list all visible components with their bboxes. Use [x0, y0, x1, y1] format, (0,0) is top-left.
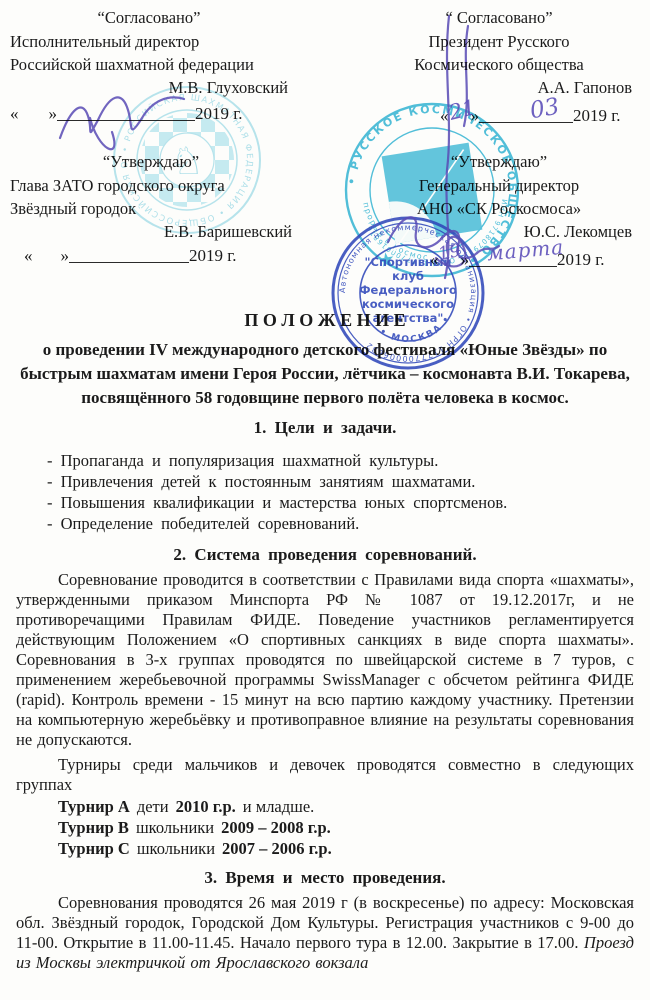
star-icon: ★ — [376, 248, 396, 272]
signatory-name: Е.В. Баришевский — [10, 220, 292, 243]
handwritten-month: 03 — [528, 94, 561, 125]
approval-block-agreed-left: “Согласовано” Исполнительный директор Ро… — [10, 6, 288, 99]
date-blank — [57, 105, 195, 121]
approval-quote: “ Согласовано” — [366, 6, 632, 29]
rules-paragraph: Соревнование проводится в соответствии с… — [16, 570, 634, 750]
tournament-row: Турнир Вшкольники2009 – 2008 г.р. — [58, 817, 634, 838]
venue-paragraph: Соревнования проводятся 26 мая 2019 г (в… — [16, 893, 634, 973]
section-3-heading: 3. Время и место проведения. — [16, 868, 634, 888]
goal-item: - Повышения квалификации и мастерства юн… — [47, 492, 634, 513]
tournament-row: Турнир Сшкольники2007 – 2006 г.р. — [58, 838, 634, 859]
groups-paragraph: Турниры среди мальчиков и девочек провод… — [16, 755, 634, 795]
signatory-name: А.А. Гапонов — [366, 76, 632, 99]
section-2-heading: 2. Система проведения соревнований. — [16, 545, 634, 565]
signatory-name: М.В. Глуховский — [10, 76, 288, 99]
goal-item: - Определение победителей соревнований. — [47, 513, 634, 534]
goals-list: - Пропаганда и популяризация шахматной к… — [16, 450, 634, 534]
approval-quote: “Утверждаю” — [366, 150, 632, 173]
approval-quote: “Утверждаю” — [10, 150, 292, 173]
page-subtitle: о проведении IV международного детского … — [16, 338, 634, 410]
goal-item: - Пропаганда и популяризация шахматной к… — [47, 450, 634, 471]
approval-line: Космического общества — [366, 53, 632, 76]
document-page: “Согласовано” Исполнительный директор Ро… — [0, 0, 650, 1000]
date-line-bl: «»2019 г. — [24, 246, 237, 266]
approval-block-approved-right: “Утверждаю” Генеральный директор АНО «СК… — [366, 150, 632, 243]
approval-block-approved-left: “Утверждаю” Глава ЗАТО городского округа… — [10, 150, 292, 243]
approval-line: АНО «СК Роскосмоса» — [366, 197, 632, 220]
tournament-label: Турнир С — [58, 839, 130, 858]
approval-line: Исполнительный директор — [10, 30, 288, 53]
tournament-label: Турнир В — [58, 818, 129, 837]
approval-line: Глава ЗАТО городского округа — [10, 174, 292, 197]
approval-line: Звёздный городок — [10, 197, 292, 220]
svg-text:Федерального: Федерального — [359, 283, 457, 297]
tournament-list: Турнир Адети2010 г.р.и младше. Турнир Вш… — [58, 796, 634, 859]
approval-line: Президент Русского — [366, 30, 632, 53]
tournament-label: Турнир А — [58, 797, 130, 816]
approval-block-agreed-right: “ Согласовано” Президент Русского Космич… — [366, 6, 632, 99]
section-1-heading: 1. Цели и задачи. — [16, 418, 634, 438]
document-body: П О Л О Ж Е Н И Е о проведении IV междун… — [16, 310, 634, 973]
approval-line: Генеральный директор — [366, 174, 632, 197]
approval-line: Российской шахматной федерации — [10, 53, 288, 76]
page-title: П О Л О Ж Е Н И Е — [16, 310, 634, 331]
venue-text: Соревнования проводятся 26 мая 2019 г (в… — [16, 893, 634, 952]
svg-text:клуб: клуб — [392, 269, 424, 283]
svg-text:космического: космического — [362, 297, 454, 311]
date-line-tl: «»2019 г. — [10, 104, 243, 124]
date-blank — [69, 247, 189, 263]
tournament-row: Турнир Адети2010 г.р.и младше. — [58, 796, 634, 817]
goal-item: - Привлечения детей к постоянным занятия… — [47, 471, 634, 492]
approval-quote: “Согласовано” — [10, 6, 288, 29]
